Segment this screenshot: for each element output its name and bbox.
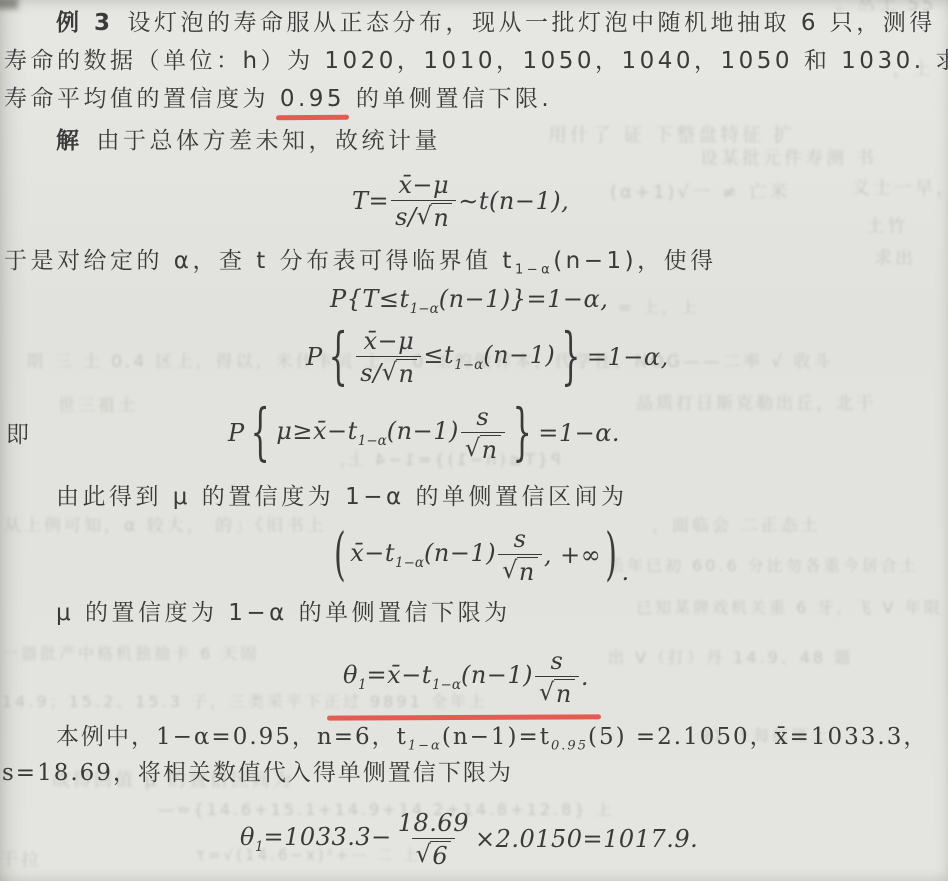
formula-prob-mu: P { μ≥x̄−t1−α(n−1) s √ n } =1−α. bbox=[228, 398, 620, 468]
math-token: =1033.3− bbox=[264, 823, 392, 851]
left-brace: { bbox=[329, 321, 349, 393]
formula-lower-limit: θ1=x̄−t1−α(n−1) s √ n . bbox=[343, 646, 589, 708]
denominator: √ n bbox=[498, 554, 542, 586]
left-paren: ( bbox=[334, 522, 346, 589]
math-token: P{T≤t bbox=[330, 285, 410, 313]
radicand: n bbox=[431, 203, 452, 232]
math-token: θ bbox=[343, 661, 358, 689]
bleedthrough-text: 用什了 证 下整盘特征 扩 bbox=[548, 124, 795, 147]
bleedthrough-text: 求出 bbox=[874, 248, 916, 270]
formula-prob-T: P{T≤t1−α(n−1)}=1−α, bbox=[330, 284, 608, 318]
bleedthrough-text: 已知某牌戏机关重 6 牙，飞 V 年限 升 14.9，48 题 bbox=[636, 598, 948, 617]
radical-sign: √ bbox=[465, 434, 481, 462]
math-token: x̄−t1−α(n−1) bbox=[350, 539, 496, 571]
problem-text: 设灯泡的寿命服从正态分布，现从一批灯泡中随机地抽取 6 只，测得 bbox=[128, 10, 936, 36]
math-token: (n−1) bbox=[483, 341, 555, 369]
subscript: 1 bbox=[358, 677, 367, 693]
values-line-2: s=18.69，将相关数值代入得单侧置信下限为 bbox=[2, 758, 513, 788]
math-token: (n−1) bbox=[461, 661, 533, 689]
numerator: 18.69 bbox=[394, 809, 473, 838]
denominator: √ n bbox=[535, 676, 579, 708]
values-text: s=18.69，将相关数值代入得单侧置信下限为 bbox=[2, 760, 513, 786]
given-alpha-text: (n−1)，使得 bbox=[553, 248, 716, 274]
square-root: √ n bbox=[502, 557, 538, 586]
lower-bound-intro-text: μ 的置信度为 1−α 的单侧置信下限为 bbox=[56, 600, 511, 626]
bleedthrough-text: ，面临会 二正态土 bbox=[652, 516, 820, 536]
fraction: 18.69 √ 6 bbox=[394, 809, 473, 870]
math-token: =1−α, bbox=[587, 343, 669, 371]
bleedthrough-text: 设某批元件寿测 书 bbox=[700, 148, 877, 170]
numerator: s bbox=[510, 525, 531, 554]
math-token: P{T≤t1−α(n−1)}=1−α, bbox=[330, 285, 608, 317]
formula-prob-expanded: P { x̄−μ s/ √ n ≤t1−α(n−1) } =1−α, bbox=[306, 322, 669, 392]
bleedthrough-text: = 上，上 bbox=[618, 298, 700, 317]
radical-sign: √ bbox=[416, 840, 432, 868]
left-brace: { bbox=[251, 397, 271, 469]
math-token: μ≥x̄−t bbox=[276, 417, 358, 445]
problem-text: 寿命的数据（单位：h）为 1020，1010，1050，1040，1050 和 … bbox=[4, 48, 948, 74]
right-brace: } bbox=[561, 321, 581, 393]
square-root: √ n bbox=[465, 435, 501, 464]
radical-sign: √ bbox=[382, 358, 398, 386]
math-token: ≤t1−α(n−1) bbox=[423, 341, 555, 373]
math-token: ∼t(n−1), bbox=[458, 187, 569, 215]
math-token: . bbox=[581, 663, 589, 691]
fraction: x̄−μ s/ √ n bbox=[391, 171, 456, 232]
math-token: μ≥x̄−t1−α(n−1) bbox=[276, 417, 459, 449]
radicand: 6 bbox=[430, 841, 451, 870]
math-token: . bbox=[621, 558, 629, 592]
radicand: n bbox=[517, 557, 538, 586]
bleedthrough-text: 世三祖土 bbox=[58, 396, 138, 416]
square-root: √ n bbox=[382, 359, 418, 388]
given-alpha-text: 于是对给定的 α，查 t 分布表可得临界值 t bbox=[4, 248, 515, 274]
interval-intro-text: 由此得到 μ 的置信度为 1−α 的单侧置信区间为 bbox=[56, 484, 627, 510]
math-token: =x̄−t bbox=[367, 661, 432, 689]
subscript: 0.95 bbox=[551, 739, 588, 754]
given-alpha-line: 于是对给定的 α，查 t 分布表可得临界值 t1−α(n−1)，使得 bbox=[4, 246, 717, 286]
math-token: s/ bbox=[395, 203, 416, 231]
radical-sign: √ bbox=[539, 678, 555, 706]
bleedthrough-text: 义士一早，共 bbox=[852, 178, 948, 200]
math-token: x̄−t bbox=[350, 539, 395, 567]
also-label: 即 bbox=[6, 420, 33, 450]
math-token: =1−α. bbox=[538, 419, 620, 447]
formula-final-result: θ1=1033.3− 18.69 √ 6 ×2.0150=1017.9. bbox=[240, 806, 698, 872]
math-token: ≤t bbox=[423, 341, 454, 369]
math-token: T= bbox=[352, 187, 389, 215]
bleedthrough-text: 品质打日斯克勒出丘，北干 bbox=[636, 394, 876, 414]
radicand: n bbox=[480, 435, 501, 464]
problem-text: 的单侧置信下限. bbox=[345, 86, 552, 112]
radicand: n bbox=[554, 679, 575, 708]
values-text: (5) =2.1050，x̄=1033.3， bbox=[588, 724, 928, 750]
numerator: x̄−μ bbox=[394, 171, 453, 200]
numerator: x̄−μ bbox=[359, 327, 418, 356]
fraction: x̄−μ s/ √ n bbox=[356, 327, 421, 388]
math-token: P bbox=[228, 419, 245, 447]
bleedthrough-text: 出 V（打）丹 14.9、48 题 bbox=[608, 648, 853, 667]
subscript: 1−α bbox=[410, 301, 439, 317]
numerator: s bbox=[472, 403, 493, 432]
subscript: 1−α bbox=[432, 677, 461, 693]
radical-sign: √ bbox=[417, 202, 433, 230]
problem-text: 寿命平均值的置信度为 bbox=[4, 86, 280, 112]
radicand: n bbox=[396, 359, 417, 388]
scan-corner-smudge bbox=[0, 0, 18, 9]
fraction: s √ n bbox=[535, 647, 579, 708]
math-token: ×2.0150=1017.9. bbox=[475, 825, 698, 853]
also-label-text: 即 bbox=[6, 422, 33, 448]
bleedthrough-text: 从上例可知，α 较大， 的」《旧书上 bbox=[4, 516, 327, 536]
fraction: s √ n bbox=[498, 525, 542, 586]
subscript: 1−α bbox=[454, 357, 483, 373]
lower-bound-intro-line: μ 的置信度为 1−α 的单侧置信下限为 bbox=[56, 598, 511, 628]
formula-confidence-interval: ( x̄−t1−α(n−1) s √ n , +∞ ) . bbox=[330, 518, 630, 592]
scanned-textbook-page: 。丛土 55，土用什了 证 下整盘特征 扩设某批元件寿测 书(α+1)√一 ≠ … bbox=[0, 0, 948, 881]
right-brace: } bbox=[513, 397, 533, 469]
square-root: √ 6 bbox=[416, 841, 452, 870]
subscript: 1−α bbox=[408, 739, 442, 754]
subscript: 1−α bbox=[515, 263, 553, 278]
denominator: √ n bbox=[461, 432, 505, 464]
values-text: (n−1)=t bbox=[442, 724, 551, 750]
interval-intro-line: 由此得到 μ 的置信度为 1−α 的单侧置信区间为 bbox=[56, 482, 627, 512]
values-line-1: 本例中，1−α=0.95，n=6，t1−α(n−1)=t0.95(5) =2.1… bbox=[56, 722, 928, 762]
example-label: 例 3 bbox=[56, 10, 114, 36]
bleedthrough-text: 丢年已初 60.6 分比勿各重今居合土 bbox=[608, 556, 919, 575]
problem-line-3: 寿命平均值的置信度为 0.95 的单侧置信下限. bbox=[4, 84, 552, 114]
square-root: √ n bbox=[539, 679, 575, 708]
solution-intro-text: 由于总体方差未知，故统计量 bbox=[97, 128, 442, 154]
math-token: , +∞ bbox=[544, 541, 601, 569]
math-token: P bbox=[306, 343, 323, 371]
math-token: θ1=1033.3− bbox=[240, 823, 392, 855]
problem-line-1: 例 3设灯泡的寿命服从正态分布，现从一批灯泡中随机地抽取 6 只，测得 bbox=[56, 8, 936, 38]
denominator: s/ √ n bbox=[391, 200, 456, 232]
denominator: s/ √ n bbox=[356, 356, 421, 388]
solution-intro-line: 解由于总体方差未知，故统计量 bbox=[56, 126, 441, 156]
formula-t-statistic: T= x̄−μ s/ √ n ∼t(n−1), bbox=[352, 172, 569, 230]
radical-sign: √ bbox=[502, 556, 518, 584]
numerator: s bbox=[547, 647, 568, 676]
solution-label: 解 bbox=[56, 128, 83, 154]
math-token: θ bbox=[240, 823, 255, 851]
subscript: 1−α bbox=[358, 433, 387, 449]
bleedthrough-text: (α+1)√一 ≠ 亡米 bbox=[610, 182, 790, 204]
denominator: √ 6 bbox=[412, 838, 456, 870]
math-token: θ1=x̄−t1−α(n−1) bbox=[343, 661, 533, 693]
problem-line-2: 寿命的数据（单位：h）为 1020，1010，1050，1040，1050 和 … bbox=[4, 46, 948, 76]
right-paren: ) bbox=[605, 522, 617, 589]
bleedthrough-text: 干拉 bbox=[0, 850, 42, 872]
math-token: (n−1) bbox=[387, 417, 459, 445]
math-token: (n−1) bbox=[424, 539, 496, 567]
math-token: (n−1)}=1−α, bbox=[439, 285, 609, 313]
math-token: s/ bbox=[360, 359, 381, 387]
square-root: √ n bbox=[417, 203, 453, 232]
subscript: 1−α bbox=[395, 555, 424, 571]
confidence-level-value: 0.95 bbox=[280, 84, 345, 114]
values-text: 本例中，1−α=0.95，n=6，t bbox=[56, 724, 408, 750]
bleedthrough-text: 一器批产中格机独抽卡 6 天固 bbox=[2, 644, 259, 663]
bleedthrough-text: 土竹 bbox=[866, 216, 908, 238]
fraction: s √ n bbox=[461, 403, 505, 464]
subscript: 1 bbox=[255, 839, 264, 855]
